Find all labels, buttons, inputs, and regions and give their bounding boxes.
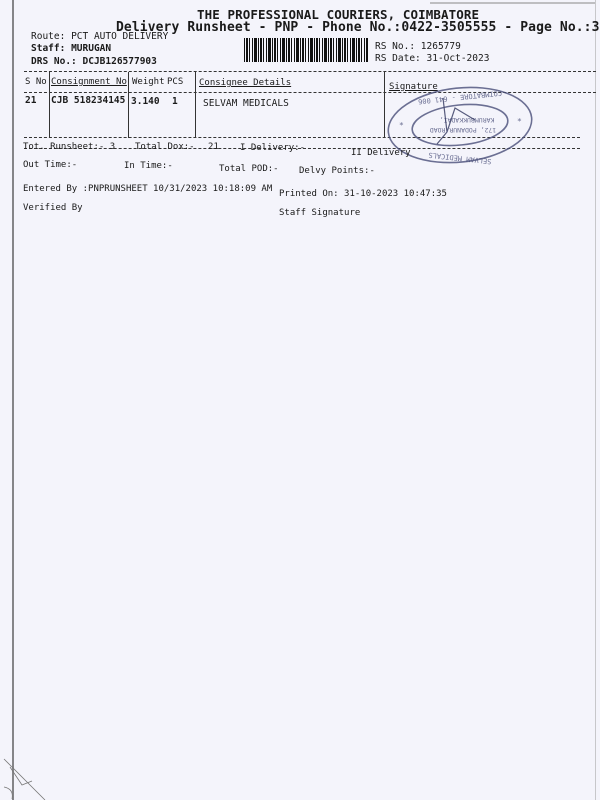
runsheet-page: THE PROFESSIONAL COURIERS, COIMBATORE De… — [0, 0, 600, 800]
runsheet-title: Delivery Runsheet - PNP - Phone No.:0422… — [116, 20, 600, 35]
scan-edge-left — [12, 0, 14, 800]
col-divider-3 — [195, 72, 196, 138]
scan-edge-top — [430, 2, 595, 4]
col-header-sno: S No — [25, 77, 47, 87]
staff-line: Staff: MURUGAN — [31, 43, 111, 54]
rs-no-value: 1265779 — [421, 41, 461, 52]
stamp-line1: COIMBATORE - 641 006 — [418, 89, 503, 106]
entered-by: Entered By :PNPRUNSHEET 10/31/2023 10:18… — [23, 184, 272, 194]
drs-value: DCJB126577903 — [83, 56, 157, 67]
total-dox-value: 21 — [208, 142, 219, 152]
col-header-weight: Weight — [132, 77, 165, 87]
cell-sno: 21 — [25, 95, 36, 106]
table-top-rule — [24, 71, 596, 72]
route-value: PCT AUTO DELIVERY — [71, 31, 168, 42]
out-time-label: Out Time:- — [23, 160, 77, 170]
cell-weight: 3.140 — [131, 96, 160, 107]
total-dox: Total Dox:- 21 — [135, 142, 219, 152]
rs-date-label: RS Date: — [375, 53, 421, 64]
cell-consignee: SELVAM MEDICALS — [203, 98, 289, 109]
col-header-consignee: Consignee Details — [199, 78, 291, 88]
col-header-pcs: PCS — [167, 77, 183, 87]
staff-value: MURUGAN — [71, 43, 111, 54]
scan-edge-right — [595, 0, 596, 800]
total-pod-label: Total POD:- — [219, 164, 279, 174]
i-delivery-label: I Delivery:- — [240, 143, 305, 153]
route-line: Route: PCT AUTO DELIVERY — [31, 31, 168, 42]
drs-line: DRS No.: DCJB126577903 — [31, 56, 157, 67]
staff-signature: Staff Signature — [279, 208, 360, 218]
drs-label: DRS No.: — [31, 56, 77, 67]
route-label: Route: — [31, 31, 65, 42]
tot-runsheet: Tot. Runsheet:- 3 — [23, 142, 115, 152]
svg-text:*: * — [517, 117, 522, 126]
barcode — [244, 38, 368, 62]
svg-text:*: * — [399, 121, 404, 130]
tot-runsheet-value: 3 — [110, 142, 115, 152]
delvy-points-label: Delvy Points:- — [299, 166, 375, 176]
ii-delivery-label: II Delivery — [351, 148, 411, 158]
total-dox-label: Total Dox:- — [135, 142, 195, 152]
verified-by: Verified By — [23, 203, 83, 213]
rs-date-line: RS Date: 31-Oct-2023 — [375, 53, 489, 64]
printed-on: Printed On: 31-10-2023 10:47:35 — [279, 189, 447, 199]
in-time-label: In Time:- — [124, 161, 173, 171]
rs-date-value: 31-Oct-2023 — [427, 53, 490, 64]
stamp-line3: 172, PODANUR ROAD — [430, 126, 497, 134]
col-header-consignment: Consignment No — [51, 77, 127, 87]
col-divider-2 — [128, 72, 129, 138]
staff-label: Staff: — [31, 43, 65, 54]
stamp-line2: KARUMBUKKADAI, — [440, 116, 495, 124]
rs-no-label: RS No.: — [375, 41, 415, 52]
cell-consignment-no: CJB 518234145 — [51, 95, 125, 106]
cell-pcs: 1 — [172, 96, 178, 107]
scan-artifact-icon — [0, 755, 50, 800]
tot-runsheet-label: Tot. Runsheet:- — [23, 142, 104, 152]
col-divider-1 — [49, 72, 50, 138]
stamp-line4: SELVAM MEDICALS — [428, 151, 492, 166]
rs-no-line: RS No.: 1265779 — [375, 41, 461, 52]
